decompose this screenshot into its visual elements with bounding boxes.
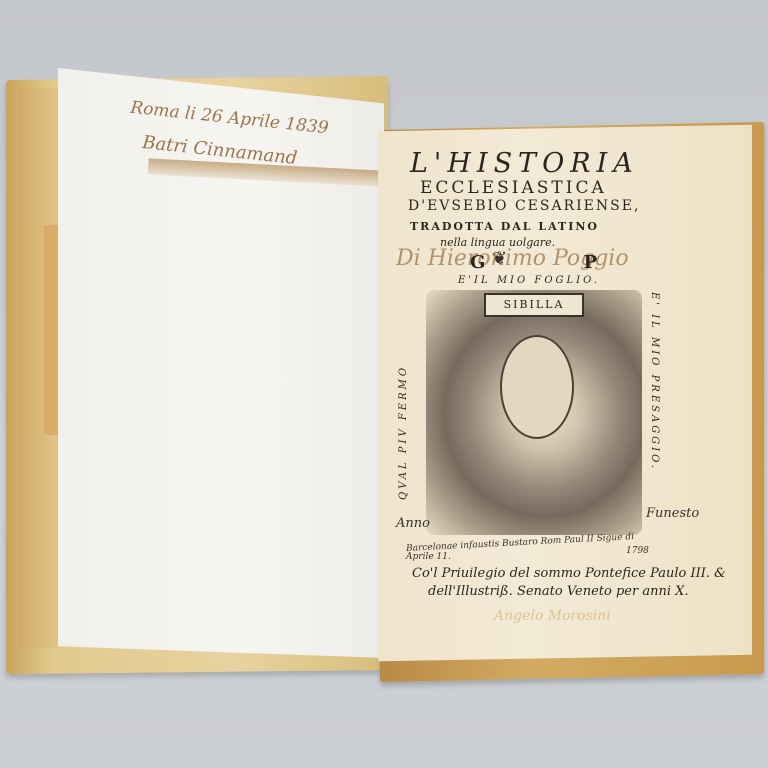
side-text-right: E' IL MIO PRESAGGIO. [649, 292, 660, 471]
translation-line: TRADOTTA DAL LATINO [410, 220, 599, 233]
privilege-line1: Co'l Priuilegio del sommo Pontefice Paul… [412, 566, 726, 581]
side-text-left: QVAL PIV FERMO [398, 365, 409, 500]
faded-signature: Angelo Morosini [494, 608, 611, 624]
cover-tab [44, 225, 58, 435]
handwritten-funesto: Funesto [646, 506, 699, 521]
title: L'HISTORIA [410, 148, 639, 179]
subtitle2: D'EVSEBIO CESARIENSE, [408, 198, 640, 214]
privilege-line2: dell'Illustriß. Senato Veneto per anni X… [428, 584, 689, 599]
woodcut-label: SIBILLA [484, 293, 584, 317]
motto: E'IL MIO FOGLIO. [458, 275, 600, 286]
ornament-icon: ❦ [492, 248, 507, 269]
sibyl-figure [500, 335, 574, 439]
handwritten-year: 1798 [626, 546, 649, 556]
subtitle1: ECCLESIASTICA [420, 178, 607, 198]
handwritten-anno: Anno [396, 516, 430, 531]
handwritten-date: Aprile 11. [406, 552, 451, 562]
